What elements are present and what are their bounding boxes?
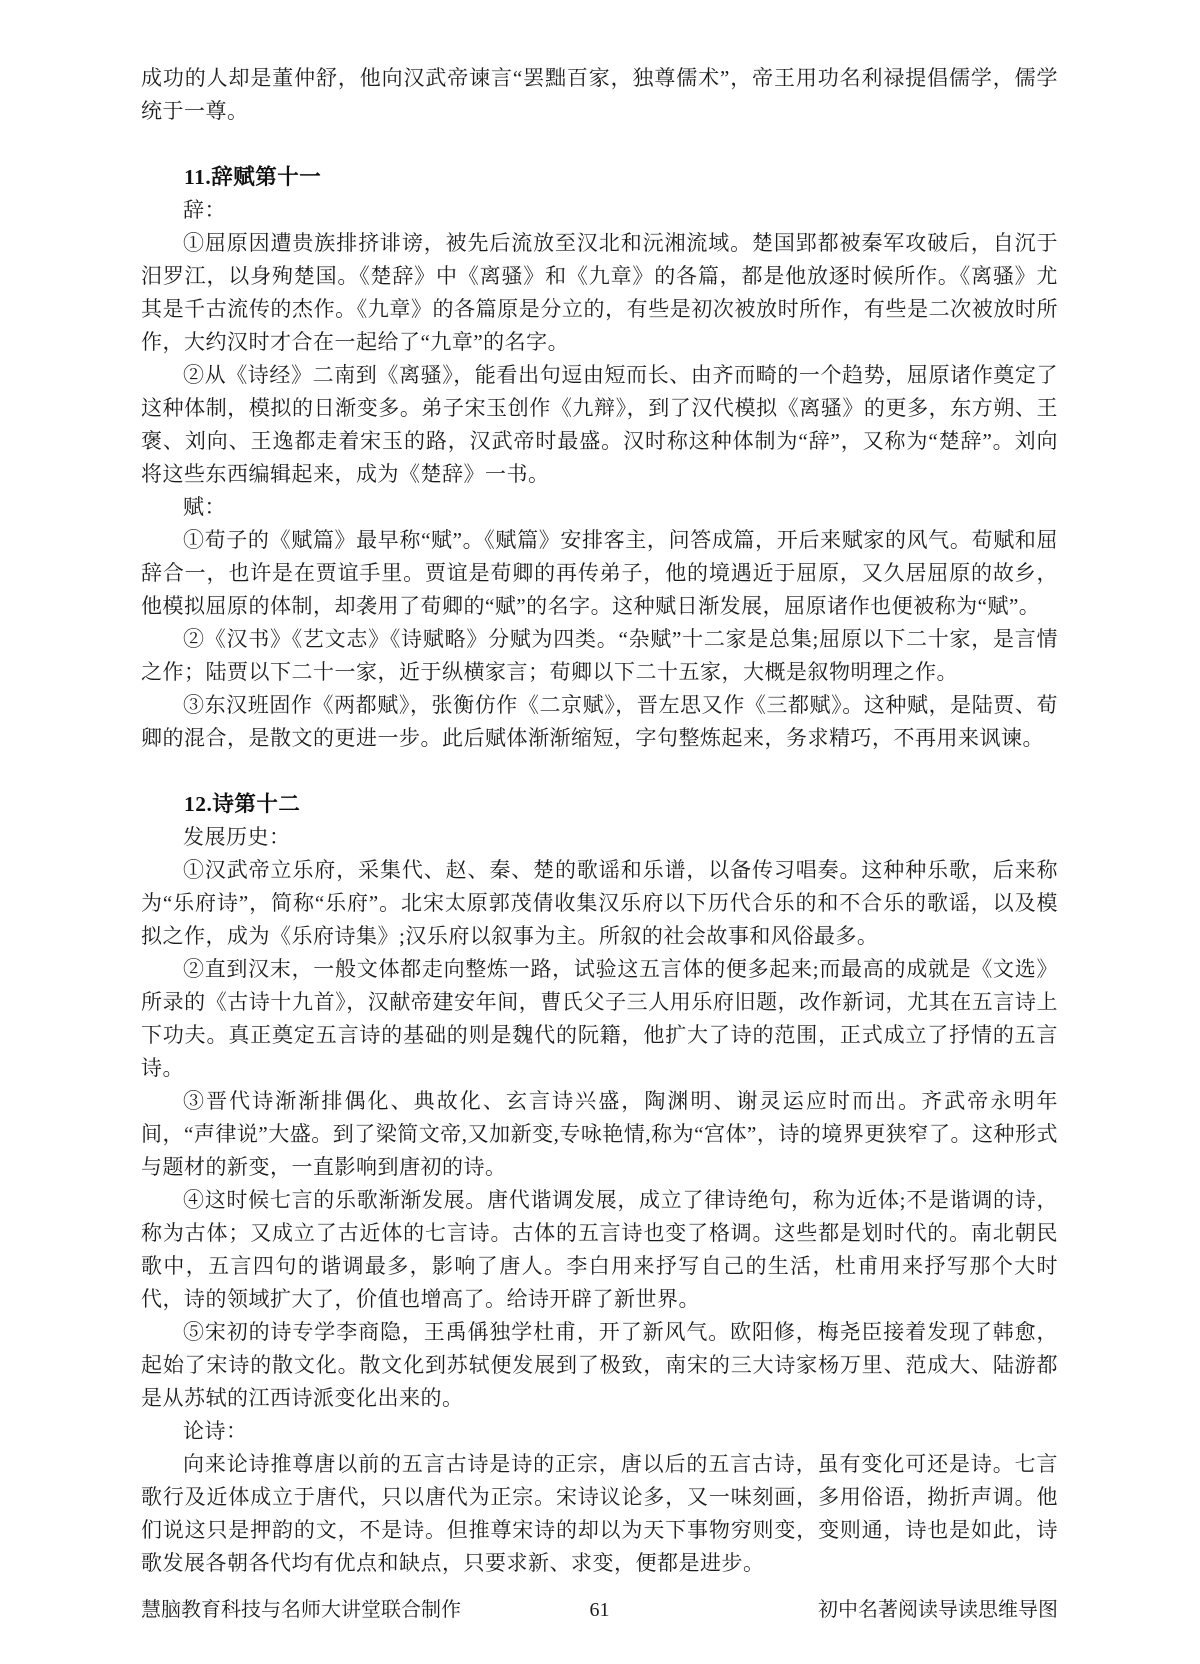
section-11-paragraph-1: ①屈原因遭贵族排挤诽谤，被先后流放至汉北和沅湘流域。楚国郢都被秦军攻破后，自沉于… [141, 227, 1058, 359]
section-11-label-ci: 辞： [141, 194, 1058, 227]
document-body: 成功的人却是董仲舒，他向汉武帝谏言“罢黜百家，独尊儒术”，帝王用功名利禄提倡儒学… [141, 62, 1058, 1580]
section-12-heading: 12.诗第十二 [141, 788, 1058, 821]
document-page: 成功的人却是董仲舒，他向汉武帝谏言“罢黜百家，独尊儒术”，帝王用功名利禄提倡儒学… [0, 0, 1200, 1664]
section-12-paragraph-3: ③晋代诗渐渐排偶化、典故化、玄言诗兴盛，陶渊明、谢灵运应时而出。齐武帝永明年间，… [141, 1085, 1058, 1184]
footer-series-title: 初中名著阅读导读思维导图 [610, 1597, 1059, 1623]
section-11-paragraph-5: ③东汉班固作《两都赋》，张衡仿作《二京赋》，晋左思又作《三都赋》。这种赋，是陆贾… [141, 689, 1058, 755]
section-12-paragraph-6: 向来论诗推尊唐以前的五言古诗是诗的正宗，唐以后的五言古诗，虽有变化可还是诗。七言… [141, 1448, 1058, 1580]
section-12-label-lunshi: 论诗： [141, 1415, 1058, 1448]
section-11-heading: 11.辞赋第十一 [141, 161, 1058, 194]
section-11-label-fu: 赋： [141, 491, 1058, 524]
section-12-paragraph-1: ①汉武帝立乐府，采集代、赵、秦、楚的歌谣和乐谱，以备传习唱奏。这种种乐歌，后来称… [141, 854, 1058, 953]
footer-publisher: 慧脑教育科技与名师大讲堂联合制作 [141, 1597, 590, 1623]
section-11-paragraph-2: ②从《诗经》二南到《离骚》，能看出句逗由短而长、由齐而畸的一个趋势，屈原诸作奠定… [141, 359, 1058, 491]
section-12-paragraph-5: ⑤宋初的诗专学李商隐，王禹偁独学杜甫，开了新风气。欧阳修，梅尧臣接着发现了韩愈，… [141, 1316, 1058, 1415]
section-11-paragraph-4: ②《汉书》《艺文志》《诗赋略》分赋为四类。“杂赋”十二家是总集;屈原以下二十家，… [141, 623, 1058, 689]
intro-paragraph: 成功的人却是董仲舒，他向汉武帝谏言“罢黜百家，独尊儒术”，帝王用功名利禄提倡儒学… [141, 62, 1058, 128]
page-footer: 慧脑教育科技与名师大讲堂联合制作 61 初中名著阅读导读思维导图 [141, 1597, 1058, 1623]
section-11-paragraph-3: ①荀子的《赋篇》最早称“赋”。《赋篇》安排客主，问答成篇，开后来赋家的风气。荀赋… [141, 524, 1058, 623]
section-12-label-history: 发展历史： [141, 821, 1058, 854]
page-number: 61 [590, 1597, 610, 1623]
section-12-paragraph-4: ④这时候七言的乐歌渐渐发展。唐代谐调发展，成立了律诗绝句，称为近体;不是谐调的诗… [141, 1184, 1058, 1316]
section-12-paragraph-2: ②直到汉末，一般文体都走向整炼一路，试验这五言体的便多起来;而最高的成就是《文选… [141, 953, 1058, 1085]
